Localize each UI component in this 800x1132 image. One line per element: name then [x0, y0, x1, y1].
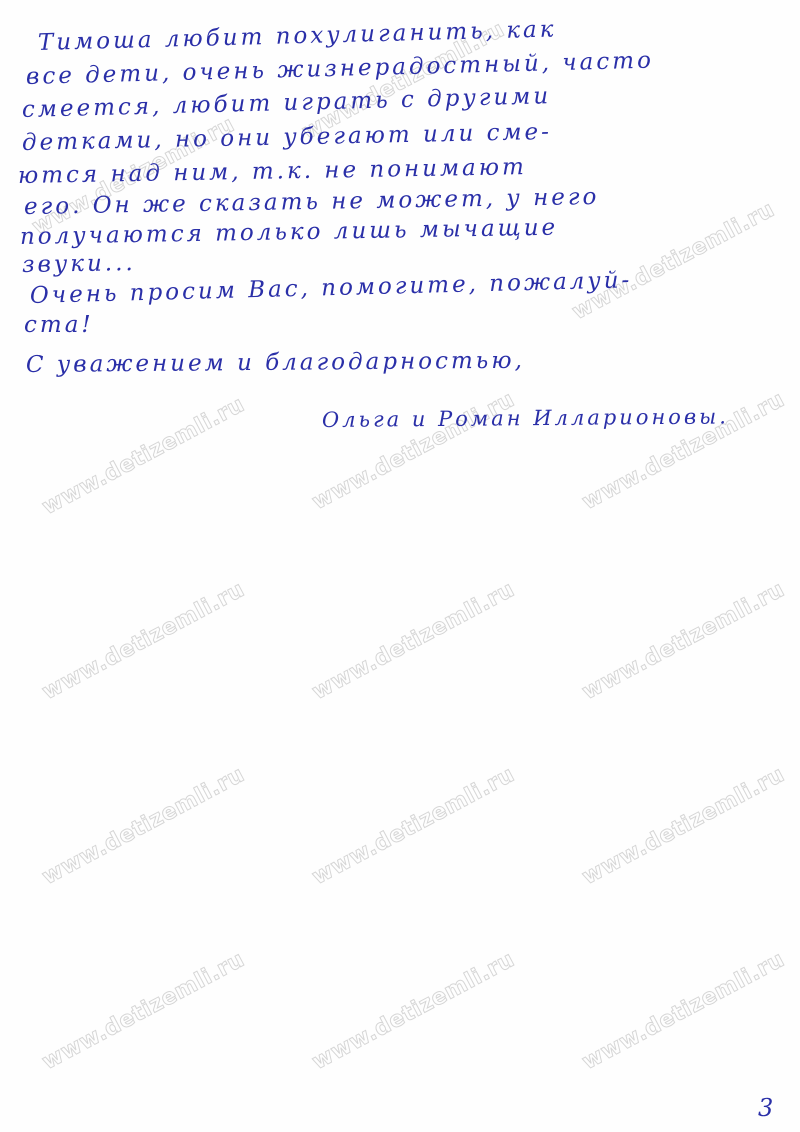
letter-line: получаются только лишь мычащие	[20, 215, 559, 250]
letter-closing: С уважением и благодарностью,	[26, 348, 525, 378]
letter-line: звуки...	[22, 250, 136, 278]
watermark: www.detizemli.ru	[38, 577, 249, 705]
watermark: www.detizemli.ru	[578, 947, 789, 1075]
watermark: www.detizemli.ru	[38, 762, 249, 890]
letter-line: ста!	[24, 312, 94, 338]
letter-line: все дети, очень жизнерадостный, часто	[26, 48, 655, 90]
watermark: www.detizemli.ru	[308, 947, 519, 1075]
watermark: www.detizemli.ru	[308, 762, 519, 890]
watermark: www.detizemli.ru	[578, 577, 789, 705]
letter-line: ются над ним, т.к. не понимают	[18, 154, 527, 189]
watermark: www.detizemli.ru	[568, 197, 779, 325]
watermark: www.detizemli.ru	[578, 762, 789, 890]
watermark: www.detizemli.ru	[38, 392, 249, 520]
document-page: www.detizemli.ru www.detizemli.ru www.de…	[0, 0, 800, 1132]
letter-line: смеется, любит играть с другими	[22, 83, 552, 123]
letter-line: детками, но они убегают или сме-	[22, 119, 552, 156]
letter-signature: Ольга и Роман Илларионовы.	[322, 404, 729, 432]
watermark: www.detizemli.ru	[38, 947, 249, 1075]
page-number: 3	[758, 1094, 773, 1122]
watermark: www.detizemli.ru	[308, 577, 519, 705]
